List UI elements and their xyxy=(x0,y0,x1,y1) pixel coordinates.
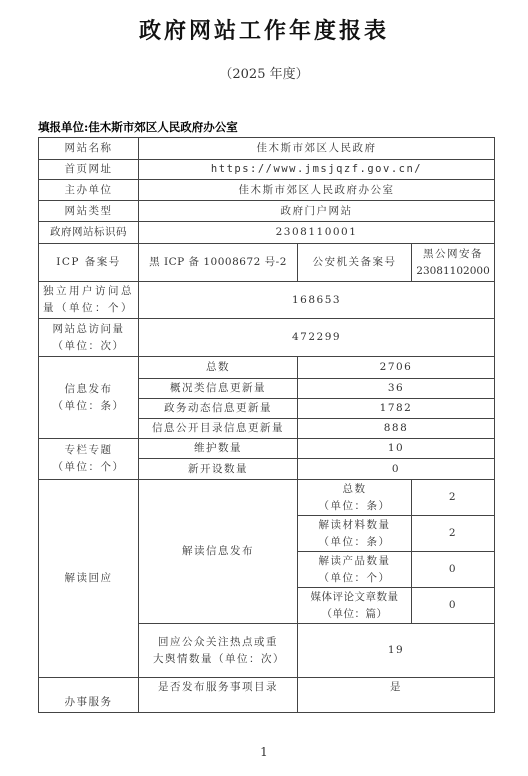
label-line: 专栏专题 xyxy=(41,442,136,459)
label-line: （单位：条） xyxy=(300,534,409,551)
label-line: 解读产品数量 xyxy=(300,553,409,570)
row-label: 网站总访问量 （单位：次） xyxy=(39,319,139,357)
label-line: 媒体评论文章数量 xyxy=(300,589,409,606)
table-row: 首页网址 https://www.jmsjqzf.gov.cn/ xyxy=(39,160,495,180)
sub-value: 1782 xyxy=(298,399,495,419)
sub-label: 维护数量 xyxy=(139,439,298,459)
police-record-line2: 23081102000 xyxy=(414,263,492,280)
table-row: ICP 备案号 黑 ICP 备 10008672 号-2 公安机关备案号 黑公网… xyxy=(39,244,495,282)
sub-label: 解读材料数量 （单位：条） xyxy=(298,516,412,552)
table-row: 信息发布 （单位：条） 总数 2706 xyxy=(39,357,495,379)
row-label: 网站类型 xyxy=(39,201,139,222)
interpretation-publish-label: 解读信息发布 xyxy=(139,480,298,624)
sub-label: 概况类信息更新量 xyxy=(139,379,298,399)
row-label: 政府网站标识码 xyxy=(39,222,139,244)
sub-label: 信息公开目录信息更新量 xyxy=(139,419,298,439)
sponsor-value: 佳木斯市郊区人民政府办公室 xyxy=(139,180,495,201)
row-label: 网站名称 xyxy=(39,138,139,160)
sub-label: 媒体评论文章数量 （单位：篇） xyxy=(298,588,412,624)
sub-value: 0 xyxy=(412,552,495,588)
sub-value: 是 xyxy=(298,678,495,713)
sub-value: 2 xyxy=(412,480,495,516)
police-record-line1: 黑公网安备 xyxy=(414,246,492,263)
response-label: 回应公众关注热点或重大舆情数量（单位：次） xyxy=(139,624,298,678)
page-title: 政府网站工作年度报表 xyxy=(0,14,528,45)
sub-label: 总数 xyxy=(139,357,298,379)
sub-value: 36 xyxy=(298,379,495,399)
table-row: 网站总访问量 （单位：次） 472299 xyxy=(39,319,495,357)
response-value: 19 xyxy=(298,624,495,678)
site-type-value: 政府门户网站 xyxy=(139,201,495,222)
group-label-services: 办事服务 xyxy=(39,678,139,713)
site-name-value: 佳木斯市郊区人民政府 xyxy=(139,138,495,160)
sub-label: 是否发布服务事项目录 xyxy=(139,678,298,713)
reporting-unit: 填报单位:佳木斯市郊区人民政府办公室 xyxy=(38,119,238,135)
table-row: 网站名称 佳木斯市郊区人民政府 xyxy=(39,138,495,160)
sub-label: 新开设数量 xyxy=(139,459,298,480)
sub-value: 0 xyxy=(298,459,495,480)
label-line: （单位：个） xyxy=(41,459,136,476)
report-year: （2025 年度） xyxy=(0,63,528,82)
label-line: （单位：次） xyxy=(41,338,136,355)
row-label: ICP 备案号 xyxy=(39,244,139,282)
label-line: 信息发布 xyxy=(41,381,136,398)
table-row: 政府网站标识码 2308110001 xyxy=(39,222,495,244)
label-line: （单位：个） xyxy=(300,570,409,587)
row-label: 主办单位 xyxy=(39,180,139,201)
row-label: 独立用户访问总量（单位：个） xyxy=(39,282,139,319)
police-record-value: 黑公网安备 23081102000 xyxy=(412,244,495,282)
label-line: （单位：条） xyxy=(300,498,409,515)
label-line: （单位：篇） xyxy=(300,606,409,623)
group-label-info-publish: 信息发布 （单位：条） xyxy=(39,357,139,439)
row-label: 首页网址 xyxy=(39,160,139,180)
table-row: 主办单位 佳木斯市郊区人民政府办公室 xyxy=(39,180,495,201)
sub-value: 888 xyxy=(298,419,495,439)
unique-visitors-value: 168653 xyxy=(139,282,495,319)
home-url-value: https://www.jmsjqzf.gov.cn/ xyxy=(139,160,495,180)
group-label-interpretation: 解读回应 xyxy=(39,480,139,678)
page-number: 1 xyxy=(0,745,528,759)
sub-value: 0 xyxy=(412,588,495,624)
table-row: 独立用户访问总量（单位：个） 168653 xyxy=(39,282,495,319)
table-row: 专栏专题 （单位：个） 维护数量 10 xyxy=(39,439,495,459)
table-row: 办事服务 是否发布服务事项目录 是 xyxy=(39,678,495,713)
icp-value: 黑 ICP 备 10008672 号-2 xyxy=(139,244,298,282)
table-row: 解读回应 解读信息发布 总数 （单位：条） 2 xyxy=(39,480,495,516)
label-line: 总数 xyxy=(300,481,409,498)
sub-label: 总数 （单位：条） xyxy=(298,480,412,516)
sub-label: 解读产品数量 （单位：个） xyxy=(298,552,412,588)
label-line: （单位：条） xyxy=(41,398,136,415)
police-record-label: 公安机关备案号 xyxy=(298,244,412,282)
label-line: 解读材料数量 xyxy=(300,517,409,534)
sub-label: 政务动态信息更新量 xyxy=(139,399,298,419)
table-row: 网站类型 政府门户网站 xyxy=(39,201,495,222)
sub-value: 2706 xyxy=(298,357,495,379)
group-label-columns: 专栏专题 （单位：个） xyxy=(39,439,139,480)
report-table: 网站名称 佳木斯市郊区人民政府 首页网址 https://www.jmsjqzf… xyxy=(38,137,495,713)
total-visits-value: 472299 xyxy=(139,319,495,357)
sub-value: 2 xyxy=(412,516,495,552)
label-line: 网站总访问量 xyxy=(41,321,136,338)
site-code-value: 2308110001 xyxy=(139,222,495,244)
sub-value: 10 xyxy=(298,439,495,459)
